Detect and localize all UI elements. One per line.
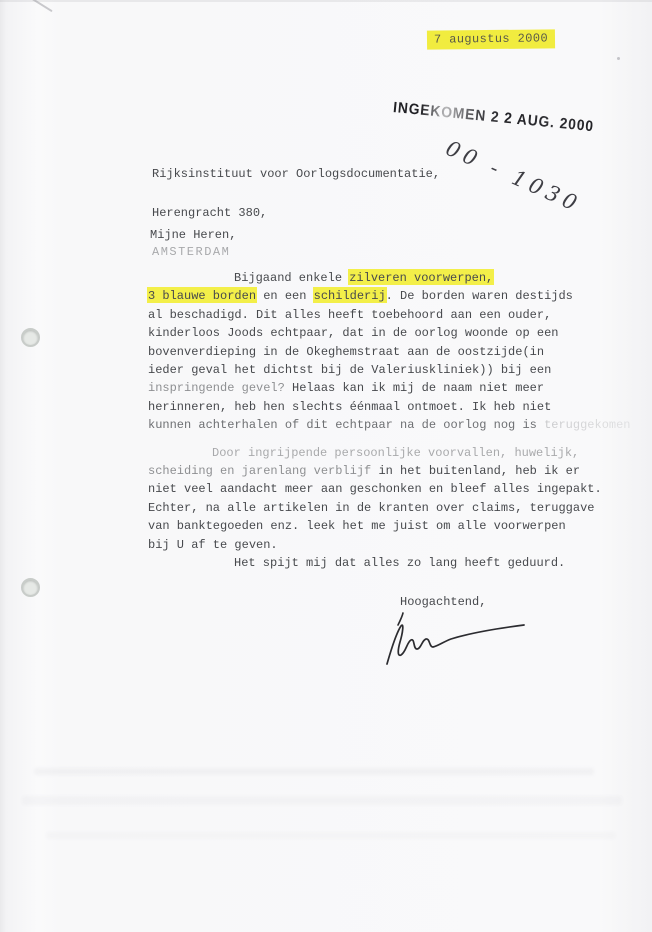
scan-scratch-mark	[31, 0, 52, 12]
scanned-letter-page: 7 augustus 2000 INGEKOMEN 2 2 AUG. 2000 …	[0, 0, 652, 932]
p2l2-rest: in het buitenland, heb ik er	[371, 464, 580, 478]
paragraph1-line1: Bijgaand enkele zilveren voorwerpen,	[148, 269, 648, 287]
paragraph1-line7: inspringende gevel? Helaas kan ik mij de…	[148, 379, 648, 397]
scan-speck	[617, 57, 620, 60]
paragraph2-line4: Echter, na alle artikelen in de kranten …	[148, 499, 648, 517]
p1l2-post: . De borden waren destijds	[386, 289, 573, 303]
scan-smudge	[46, 832, 616, 839]
received-date-stamp: INGEKOMEN 2 2 AUG. 2000	[392, 99, 623, 138]
paragraph1-line2: 3 blauwe borden en een schilderij. De bo…	[148, 287, 648, 305]
letter-body: Bijgaand enkele zilveren voorwerpen, 3 b…	[148, 269, 648, 573]
scan-smudge	[22, 796, 622, 805]
p1l7-faded: inspringende gevel?	[148, 381, 285, 395]
received-stamp-text: INGEKOMEN 2 2 AUG. 2000	[392, 99, 594, 135]
paragraph1-line8: herinneren, heb hen slechts éénmaal ontm…	[148, 398, 648, 416]
p1l9-faded-word: teruggekomen	[544, 418, 630, 432]
p1l2-mid: en een	[256, 289, 314, 303]
punch-hole-bottom	[21, 578, 40, 597]
handwritten-signature	[384, 606, 529, 673]
paragraph2-line2: scheiding en jarenlang verblijf in het b…	[148, 462, 648, 480]
recipient-address: Rijksinstituut voor Oorlogsdocumentatie,…	[152, 142, 440, 285]
paragraph2-line6: bij U af te geven.	[148, 536, 648, 554]
scan-speck	[579, 122, 582, 125]
paragraph2-line7: Het spijt mij dat alles zo lang heeft ge…	[148, 554, 648, 572]
letter-date-highlighted: 7 augustus 2000	[427, 29, 555, 49]
recipient-line-2: Herengracht 380,	[152, 207, 440, 220]
p1l7-rest: Helaas kan ik mij de naam niet meer	[285, 381, 544, 395]
scan-smudge	[34, 768, 594, 775]
punch-hole-top	[21, 328, 40, 347]
salutation: Mijne Heren,	[150, 228, 236, 242]
highlight-zilveren-voorwerpen: zilveren voorwerpen,	[349, 271, 493, 285]
p1l9-text: kunnen achterhalen of dit echtpaar na de…	[148, 418, 544, 432]
signature-drawing	[384, 606, 529, 668]
paragraph1-line3: al beschadigd. Dit alles heeft toebehoor…	[148, 306, 648, 324]
paragraph2-line5: van banktegoeden enz. leek het me juist …	[148, 517, 648, 535]
p2l2-faded: scheiding en jarenlang verblijf	[148, 464, 371, 478]
recipient-line-3: AMSTERDAM	[152, 246, 440, 259]
paragraph1-line5: bovenverdieping in de Okeghemstraat aan …	[148, 343, 648, 361]
highlight-blauwe-borden: 3 blauwe borden	[148, 289, 256, 303]
paragraph2-line3: niet veel aandacht meer aan geschonken e…	[148, 480, 648, 498]
paragraph1-line4: kinderloos Joods echtpaar, dat in de oor…	[148, 324, 648, 342]
handwritten-registration-number: 00 - 1030	[442, 136, 585, 217]
recipient-line-1: Rijksinstituut voor Oorlogsdocumentatie,	[152, 168, 440, 181]
paragraph2-line1: Door ingrijpende persoonlijke voorvallen…	[148, 444, 648, 462]
highlight-schilderij: schilderij	[314, 289, 386, 303]
p1l1-text: Bijgaand enkele	[234, 271, 349, 285]
paragraph1-line9: kunnen achterhalen of dit echtpaar na de…	[148, 416, 648, 434]
paragraph1-line6: ieder geval het dichtst bij de Valeriusk…	[148, 361, 648, 379]
